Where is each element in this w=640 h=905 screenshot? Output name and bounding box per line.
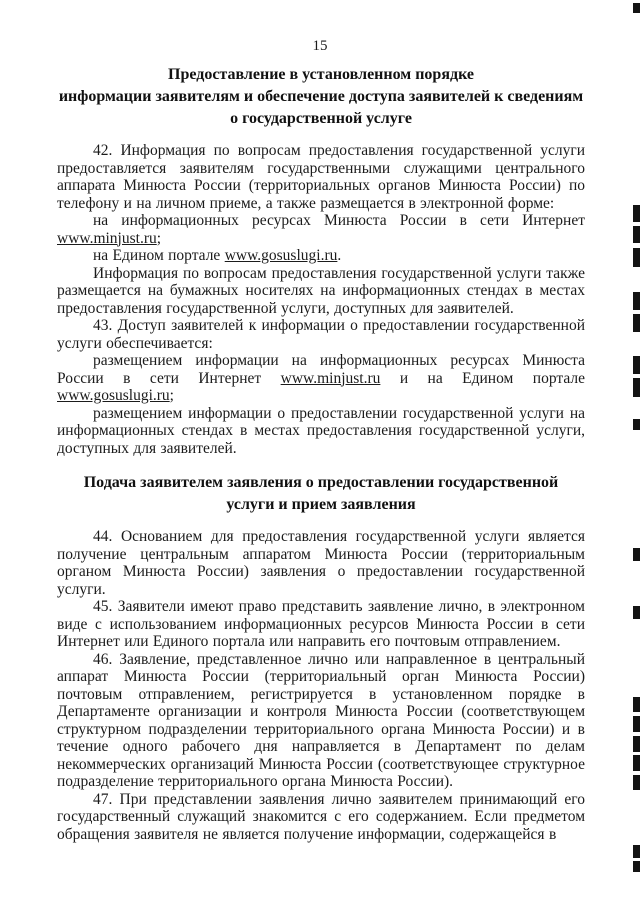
paragraph: размещением информации о предоставлении … xyxy=(57,405,585,458)
scan-artifact xyxy=(633,226,640,243)
paragraph: 47. При представлении заявления лично за… xyxy=(57,791,585,844)
paragraph: Информация по вопросам предоставления го… xyxy=(57,265,585,318)
text-run: 47. При представлении заявления лично за… xyxy=(57,791,585,843)
text-run: 42. Информация по вопросам предоставлени… xyxy=(57,142,585,212)
paragraph: 42. Информация по вопросам предоставлени… xyxy=(57,142,585,212)
page-number: 15 xyxy=(0,38,640,54)
scan-artifact xyxy=(633,3,640,13)
paragraph: 45. Заявители имеют право представить за… xyxy=(57,598,585,651)
text-run: 45. Заявители имеют право представить за… xyxy=(57,598,585,650)
heading-line: информации заявителям и обеспечение дост… xyxy=(57,86,585,108)
text-run: на информационных ресурсах Минюста Росси… xyxy=(93,212,585,229)
heading-line: услуги и прием заявления xyxy=(57,494,585,516)
paragraph: на информационных ресурсах Минюста Росси… xyxy=(57,212,585,247)
scanned-document-page: 15 Предоставление в установленном порядк… xyxy=(0,0,640,905)
scan-artifact xyxy=(633,775,640,790)
scan-artifact xyxy=(633,419,640,430)
scan-artifact xyxy=(633,697,640,712)
scan-artifact xyxy=(633,248,640,267)
heading-line: Предоставление в установленном порядке xyxy=(57,64,585,86)
scan-artifact xyxy=(633,845,640,858)
paragraph: 44. Основанием для предоставления госуда… xyxy=(57,528,585,598)
scan-artifact xyxy=(633,205,640,222)
scan-artifact xyxy=(633,716,640,732)
scan-artifact xyxy=(633,736,640,752)
text-run: . xyxy=(337,247,341,264)
paragraph: на Едином портале www.gosuslugi.ru. xyxy=(57,247,585,265)
section-heading: Предоставление в установленном порядкеин… xyxy=(57,64,585,130)
scan-artifact xyxy=(633,548,640,561)
scan-artifact xyxy=(633,356,640,374)
text-run: 44. Основанием для предоставления госуда… xyxy=(57,528,585,598)
scan-artifact xyxy=(633,755,640,771)
text-run: Информация по вопросам предоставления го… xyxy=(57,265,585,317)
document-body: Предоставление в установленном порядкеин… xyxy=(57,58,585,843)
scan-artifact xyxy=(633,861,640,872)
paragraph: размещением информации на информационных… xyxy=(57,352,585,405)
scan-artifact xyxy=(633,378,640,397)
scan-artifact xyxy=(633,314,640,332)
text-run: на Едином портале xyxy=(93,247,225,264)
text-run: 46. Заявление, представленное лично или … xyxy=(57,651,585,791)
url-text: www.gosuslugi.ru xyxy=(57,387,170,404)
section-heading: Подача заявителем заявления о предоставл… xyxy=(57,472,585,516)
paragraph: 43. Доступ заявителей к информации о пре… xyxy=(57,317,585,352)
text-run: и на Едином портале xyxy=(380,370,585,387)
url-text: www.minjust.ru xyxy=(57,230,157,247)
scan-artifact xyxy=(633,606,640,619)
text-run: размещением информации о предоставлении … xyxy=(57,405,585,457)
url-text: www.gosuslugi.ru xyxy=(225,247,338,264)
heading-line: Подача заявителем заявления о предоставл… xyxy=(57,472,585,494)
heading-line: о государственной услуге xyxy=(57,108,585,130)
paragraph: 46. Заявление, представленное лично или … xyxy=(57,651,585,791)
scan-artifact xyxy=(633,292,640,310)
text-run: 43. Доступ заявителей к информации о пре… xyxy=(57,317,585,352)
text-run: ; xyxy=(170,387,174,404)
url-text: www.minjust.ru xyxy=(281,370,381,387)
text-run: ; xyxy=(157,230,161,247)
